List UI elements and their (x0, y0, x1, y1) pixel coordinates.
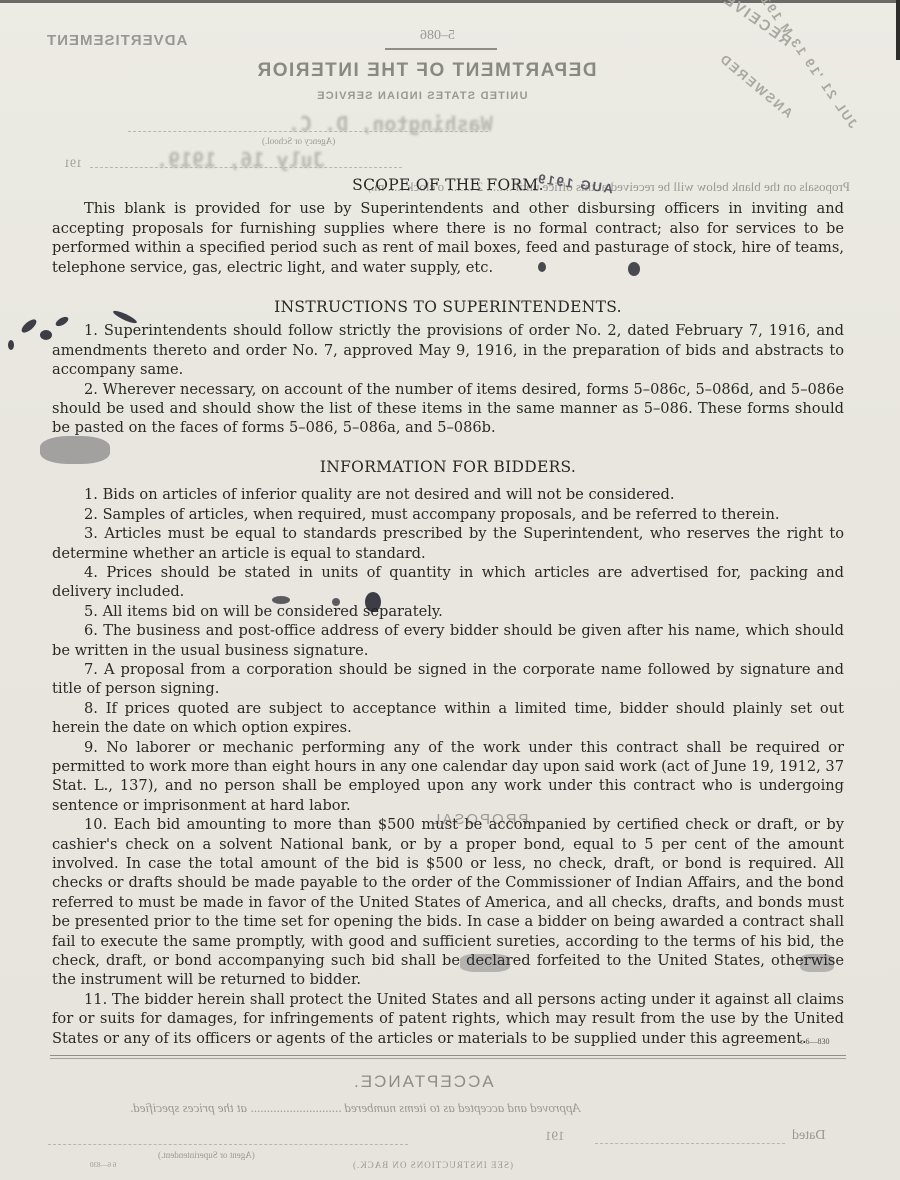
bidder-info-item: 1. Bids on articles of inferior quality … (52, 485, 844, 504)
ink-smudge (800, 954, 834, 972)
ghost-agent-line (48, 1144, 408, 1145)
ghost-location-typed: Washington, D. C. (288, 112, 493, 136)
bidder-info-item: 7. A proposal from a corporation should … (52, 660, 844, 699)
ghost-service-title: UNITED STATES INDIAN SERVICE (316, 90, 527, 102)
ghost-rule (385, 48, 497, 50)
ink-blot (272, 596, 290, 604)
ghost-dated-label: Dated (792, 1128, 825, 1144)
document-page: ADVERTISEMENT 5–086 DEPARTMENT OF THE IN… (0, 0, 900, 1180)
ink-blot (332, 598, 340, 606)
ink-smudge (40, 436, 110, 464)
ink-blot (365, 592, 381, 612)
ghost-dated-year: 191 (545, 1128, 565, 1144)
bidder-info-item-text: 11. The bidder herein shall protect the … (52, 991, 844, 1047)
ghost-see-instructions: (SEE INSTRUCTIONS ON BACK.) (352, 1160, 513, 1170)
ghost-acceptance-heading: ACCEPTANCE. (352, 1072, 494, 1092)
print-code: c 6—830 (800, 1037, 830, 1046)
acceptance-divider-2 (50, 1058, 846, 1059)
ghost-date-typed: July 16, 1919. (156, 148, 325, 172)
ghost-department-title: DEPARTMENT OF THE INTERIOR (256, 60, 597, 82)
ghost-date-line (90, 167, 402, 168)
scope-text: This blank is provided for use by Superi… (52, 199, 844, 277)
bidder-info-item: 8. If prices quoted are subject to accep… (52, 699, 844, 738)
instruction-item: 1. Superintendents should follow strictl… (52, 321, 844, 379)
ghost-year-prefix: 191 (64, 156, 82, 171)
bidder-info-item: 11. The bidder herein shall protect the … (52, 990, 844, 1048)
ghost-advertisement-label: ADVERTISEMENT (46, 32, 187, 49)
ink-blot (40, 330, 52, 340)
bidder-info-item: 3. Articles must be equal to standards p… (52, 524, 844, 563)
ink-smudge (460, 954, 510, 972)
page-right-edge (896, 0, 900, 60)
stamp-answered: ANSWERED (716, 50, 796, 121)
ghost-form-number: 5–086 (420, 28, 455, 44)
ghost-agency-caption: (Agency or School.) (262, 136, 335, 146)
ghost-print-code: 6 6—830 (90, 1161, 116, 1169)
document-body: SCOPE OF THE FORM. This blank is provide… (52, 176, 844, 1048)
bidder-info-item: 5. All items bid on will be considered s… (52, 602, 844, 621)
instructions-heading: INSTRUCTIONS TO SUPERINTENDENTS. (52, 298, 844, 317)
bidder-info-item: 9. No laborer or mechanic performing any… (52, 738, 844, 816)
ink-blot (20, 317, 39, 335)
bidder-info-item: 6. The business and post-office address … (52, 621, 844, 660)
bidder-info-item: 4. Prices should be stated in units of q… (52, 563, 844, 602)
ghost-dated-line (595, 1143, 785, 1144)
bidder-info-item: 10. Each bid amounting to more than $500… (52, 815, 844, 990)
information-heading: INFORMATION FOR BIDDERS. (52, 458, 844, 477)
ink-blot (8, 340, 14, 350)
ink-blot (538, 262, 546, 272)
bidder-info-item: 2. Samples of articles, when required, m… (52, 505, 844, 524)
ink-blot (628, 262, 640, 276)
scope-heading: SCOPE OF THE FORM. (52, 176, 844, 195)
ghost-agent-caption: (Agent or Superintendent.) (158, 1150, 255, 1160)
acceptance-divider (50, 1055, 846, 1056)
ghost-approved-line: Approved and accepted as to items number… (130, 1100, 580, 1116)
instruction-item: 2. Wherever necessary, on account of the… (52, 380, 844, 438)
